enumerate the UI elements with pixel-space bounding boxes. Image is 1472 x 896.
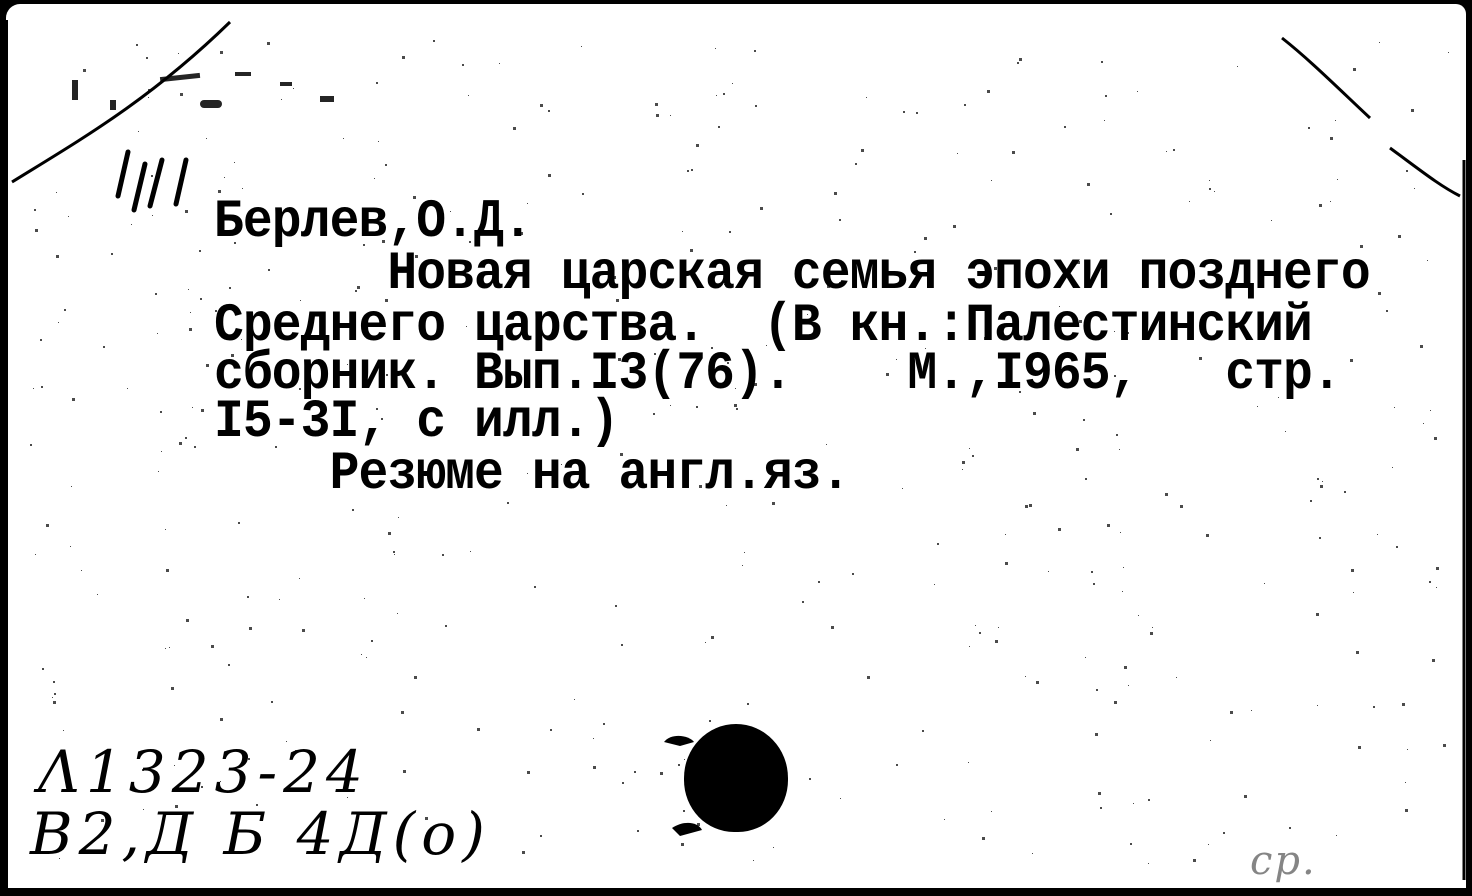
title-line-4: I5-3I, с илл.) bbox=[214, 396, 619, 450]
shelf-number: Λ1323-24 bbox=[38, 738, 369, 806]
title-line-1: Новая царская семья эпохи позднего bbox=[214, 248, 1370, 302]
punch-hole bbox=[684, 724, 788, 832]
note-line: Резюме на англ.яз. bbox=[214, 448, 850, 502]
summary-note: Резюме на англ.яз. bbox=[330, 444, 850, 505]
classification-code: B2,Д Б 4Д(о) bbox=[30, 800, 491, 868]
author-name: Берлев,О.Д. bbox=[214, 196, 532, 250]
corner-note: ср. bbox=[1250, 838, 1317, 884]
card-bottom-edge bbox=[0, 888, 1472, 896]
